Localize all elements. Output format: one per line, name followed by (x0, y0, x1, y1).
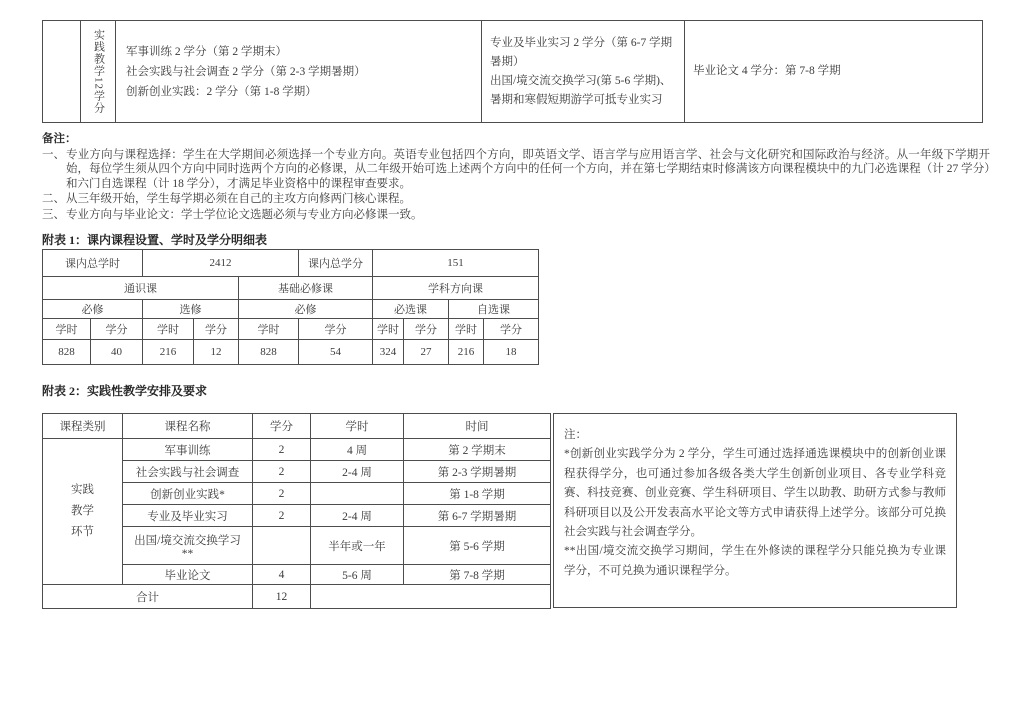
practice-courses-cell: 军事训练 2 学分（第 2 学期末） 社会实践与社会调查 2 学分（第 2-3 … (115, 21, 481, 122)
table-row: 实践 教学 环节 军事训练 2 4 周 第 2 学期末 (43, 439, 551, 461)
remark-marker: 三、 (42, 208, 66, 223)
subgroup-limited: 必选课 (373, 300, 449, 319)
unit-header: 学分 (194, 319, 239, 340)
remark-text: 专业方向与毕业论文：学士学位论文选题必须与专业方向必修课一致。 (66, 208, 990, 223)
course-credits: 2 (253, 461, 311, 483)
value-cell: 828 (43, 340, 91, 365)
value-cell: 216 (449, 340, 484, 365)
col-header-credits: 学分 (253, 414, 311, 439)
unit-header: 学分 (404, 319, 449, 340)
col-header-name: 课程名称 (123, 414, 253, 439)
table-total-row: 合计 12 (43, 585, 551, 609)
category-line: 教学 (45, 501, 120, 522)
course-credits (253, 527, 311, 565)
subgroup-required: 必修 (43, 300, 143, 319)
unit-header: 学时 (143, 319, 194, 340)
value-cell: 12 (194, 340, 239, 365)
practice-line-innovation: 创新创业实践：2 学分（第 1-8 学期） (126, 82, 471, 102)
practice-teaching-vertical-label: 实践教学12学分 (93, 29, 104, 114)
internship-cell: 专业及毕业实习 2 学分（第 6-7 学期暑期） 出国/境交流交换学习(第 5-… (481, 21, 684, 122)
course-time: 第 2-3 学期暑期 (404, 461, 551, 483)
notes-paragraph-innovation: *创新创业实践学分为 2 学分，学生可通过选择通选课模块中的创新创业课程获得学分… (564, 445, 946, 542)
unit-header: 学分 (299, 319, 373, 340)
course-time: 第 1-8 学期 (404, 483, 551, 505)
table-row: 必修 选修 必修 必选课 自选课 (43, 300, 539, 319)
course-name: 出国/境交流交换学习 ** (123, 527, 253, 565)
notes-paragraph-exchange: **出国/境交流交换学习期间，学生在外修读的课程学分只能兑换为专业课学分，不可兑… (564, 542, 946, 581)
practice-line-military: 军事训练 2 学分（第 2 学期末） (126, 42, 471, 62)
course-name-line: 出国/境交流交换学习 (125, 532, 250, 548)
table-row: 828 40 216 12 828 54 324 27 216 18 (43, 340, 539, 365)
remark-text: 从三年级开始，学生每学期必须在自己的主攻方向修两门核心课程。 (66, 192, 990, 207)
total-label: 合计 (43, 585, 253, 609)
value-cell: 216 (143, 340, 194, 365)
table1-title: 附表 1：课内课程设置、学时及学分明细表 (42, 231, 267, 248)
course-hours: 4 周 (311, 439, 404, 461)
category-line: 环节 (45, 522, 120, 543)
total-credits: 12 (253, 585, 311, 609)
course-hours: 2-4 周 (311, 505, 404, 527)
unit-header: 学分 (484, 319, 539, 340)
course-credits: 2 (253, 439, 311, 461)
subgroup-free: 自选课 (449, 300, 539, 319)
course-time: 第 5-6 学期 (404, 527, 551, 565)
group-foundation: 基础必修课 (239, 277, 373, 300)
remark-item-3: 三、 专业方向与毕业论文：学士学位论文选题必须与专业方向必修课一致。 (42, 208, 990, 223)
value-cell: 18 (484, 340, 539, 365)
table-row: 通识课 基础必修课 学科方向课 (43, 277, 539, 300)
table-header-row: 课程类别 课程名称 学分 学时 时间 (43, 414, 551, 439)
group-general: 通识课 (43, 277, 239, 300)
course-credits: 2 (253, 483, 311, 505)
col-header-category: 课程类别 (43, 414, 123, 439)
table2-title: 附表 2：实践性教学安排及要求 (42, 382, 207, 399)
course-name: 军事训练 (123, 439, 253, 461)
col-header-hours: 学时 (311, 414, 404, 439)
remark-text: 专业方向与课程选择：学生在大学期间必须选择一个专业方向。英语专业包括四个方向，即… (66, 148, 990, 192)
course-credits: 4 (253, 565, 311, 585)
remark-marker: 一、 (42, 148, 66, 192)
total-credits-value: 151 (373, 250, 539, 277)
unit-header: 学时 (449, 319, 484, 340)
practical-teaching-table: 课程类别 课程名称 学分 学时 时间 实践 教学 环节 军事训练 2 4 周 第… (42, 413, 551, 609)
course-name: 创新创业实践* (123, 483, 253, 505)
practice-teaching-row-table: 实践教学12学分 军事训练 2 学分（第 2 学期末） 社会实践与社会调查 2 … (42, 20, 983, 123)
course-time: 第 7-8 学期 (404, 565, 551, 585)
thesis-line: 毕业论文 4 学分：第 7-8 学期 (693, 62, 841, 81)
course-hours (311, 483, 404, 505)
course-hours: 5-6 周 (311, 565, 404, 585)
value-cell: 40 (91, 340, 143, 365)
course-hours: 半年或一年 (311, 527, 404, 565)
remark-item-1: 一、 专业方向与课程选择：学生在大学期间必须选择一个专业方向。英语专业包括四个方… (42, 148, 990, 192)
category-line: 实践 (45, 480, 120, 501)
in-class-credit-table: 课内总学时 2412 课内总学分 151 通识课 基础必修课 学科方向课 必修 … (42, 249, 539, 365)
course-name: 社会实践与社会调查 (123, 461, 253, 483)
course-hours: 2-4 周 (311, 461, 404, 483)
table-row: 学时 学分 学时 学分 学时 学分 学时 学分 学时 学分 (43, 319, 539, 340)
value-cell: 828 (239, 340, 299, 365)
remark-item-2: 二、 从三年级开始，学生每学期必须在自己的主攻方向修两门核心课程。 (42, 192, 990, 207)
group-discipline: 学科方向课 (373, 277, 539, 300)
empty-cell (311, 585, 551, 609)
practice-teaching-vertical-label-cell: 实践教学12学分 (80, 21, 115, 122)
total-credits-label: 课内总学分 (299, 250, 373, 277)
course-time: 第 2 学期末 (404, 439, 551, 461)
exchange-line: 出国/境交流交换学习(第 5-6 学期)、暑期和寒假短期游学可抵专业实习 (490, 72, 676, 110)
thesis-cell: 毕业论文 4 学分：第 7-8 学期 (684, 21, 981, 122)
remarks-section: 备注： 一、 专业方向与课程选择：学生在大学期间必须选择一个专业方向。英语专业包… (42, 132, 990, 223)
total-hours-label: 课内总学时 (43, 250, 143, 277)
course-name: 毕业论文 (123, 565, 253, 585)
table2-notes-box: 注： *创新创业实践学分为 2 学分，学生可通过选择通选课模块中的创新创业课程获… (553, 413, 957, 608)
unit-header: 学时 (239, 319, 299, 340)
practice-line-social: 社会实践与社会调查 2 学分（第 2-3 学期暑期） (126, 62, 471, 82)
unit-header: 学时 (373, 319, 404, 340)
unit-header: 学时 (43, 319, 91, 340)
value-cell: 54 (299, 340, 373, 365)
notes-title: 注： (564, 426, 946, 445)
table-row: 课内总学时 2412 课内总学分 151 (43, 250, 539, 277)
document-page: 实践教学12学分 军事训练 2 学分（第 2 学期末） 社会实践与社会调查 2 … (0, 0, 1024, 724)
unit-header: 学分 (91, 319, 143, 340)
remark-marker: 二、 (42, 192, 66, 207)
value-cell: 27 (404, 340, 449, 365)
category-cell: 实践 教学 环节 (43, 439, 123, 585)
remarks-title: 备注： (42, 132, 990, 147)
course-name-line: ** (125, 548, 250, 560)
total-hours-value: 2412 (143, 250, 299, 277)
course-credits: 2 (253, 505, 311, 527)
col-header-time: 时间 (404, 414, 551, 439)
subgroup-elective: 选修 (143, 300, 239, 319)
internship-line: 专业及毕业实习 2 学分（第 6-7 学期暑期） (490, 34, 676, 72)
course-name: 专业及毕业实习 (123, 505, 253, 527)
subgroup-required2: 必修 (239, 300, 373, 319)
empty-cell (43, 21, 80, 122)
course-time: 第 6-7 学期暑期 (404, 505, 551, 527)
value-cell: 324 (373, 340, 404, 365)
